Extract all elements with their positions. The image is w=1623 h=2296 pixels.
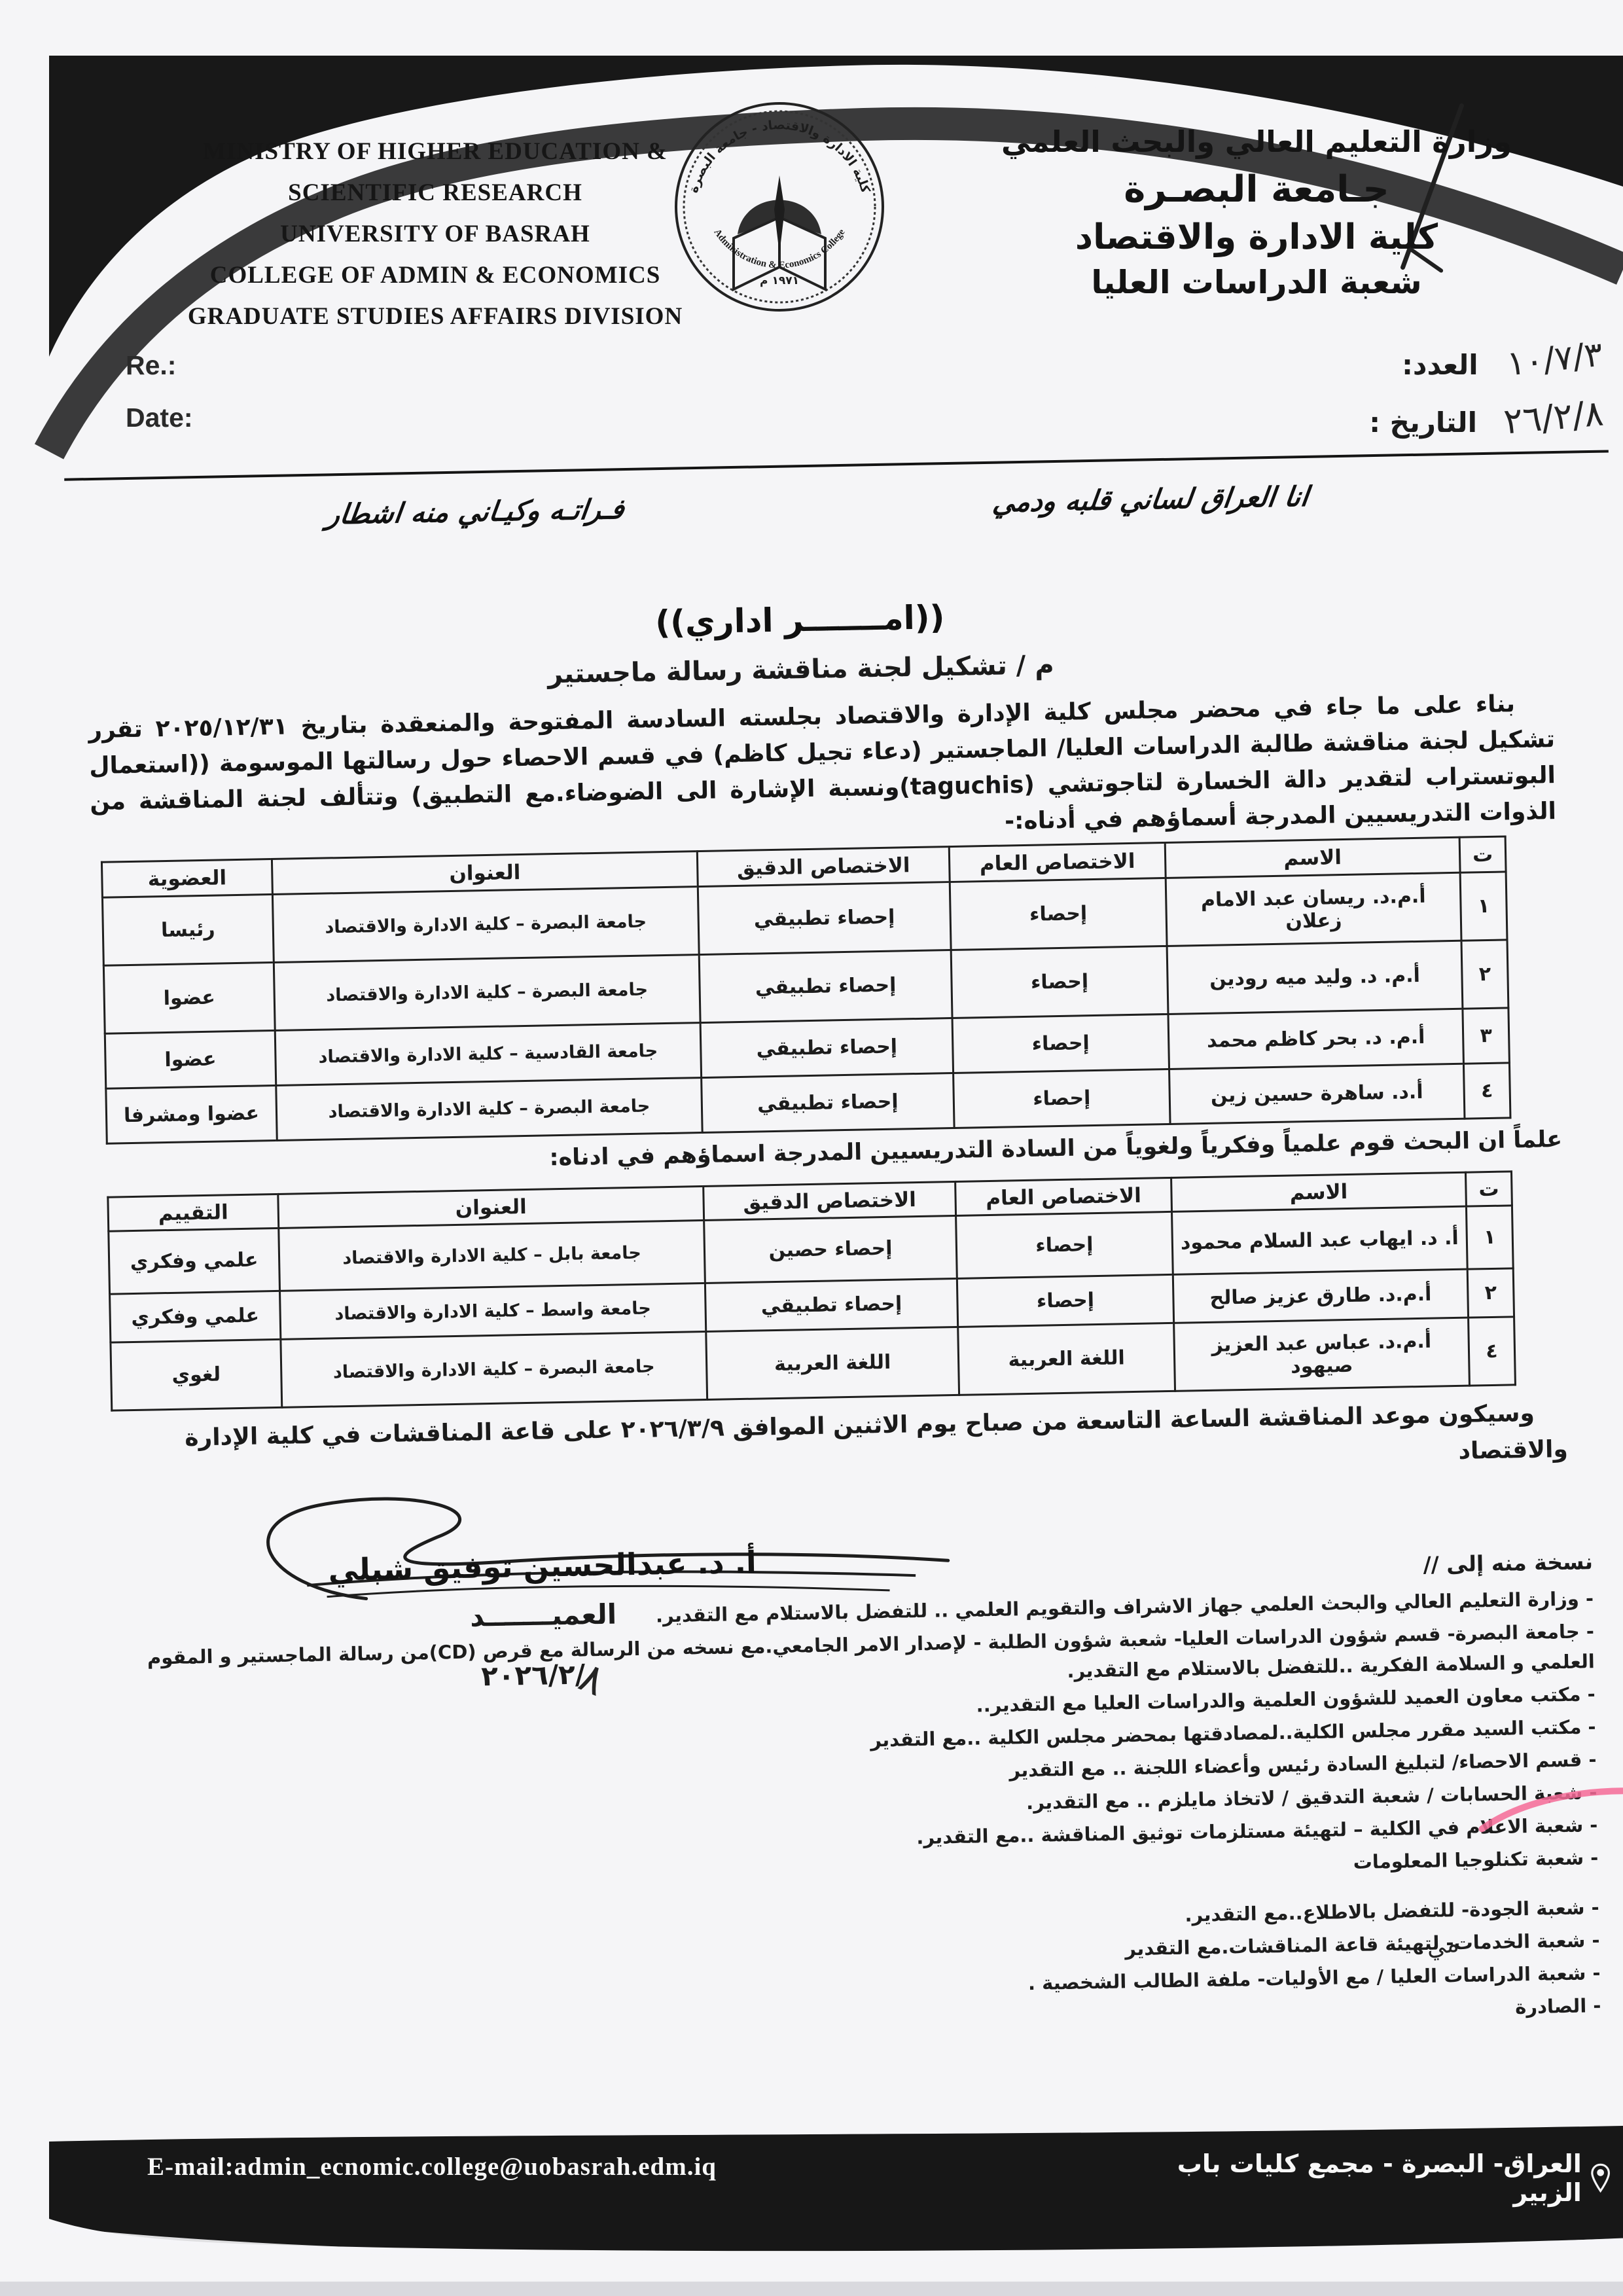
cell-name: أ.م.د. ريسان عبد الامام زعلان xyxy=(1166,872,1461,946)
col-header-name: الاسم xyxy=(1165,837,1460,878)
footer-address: العراق- البصرة - مجمع كليات باب الزبير xyxy=(1113,2149,1582,2207)
committee-table: ت الاسم الاختصاص العام الاختصاص الدقيق ا… xyxy=(101,835,1512,1144)
cell-seq: ١ xyxy=(1466,1206,1513,1269)
cell-address: جامعة القادسية – كلية الادارة والاقتصاد xyxy=(275,1023,701,1086)
cell-general: إحصاء xyxy=(952,1014,1169,1073)
ref-date-row: ٢٦/٢/٨ التاريخ : xyxy=(1211,399,1603,440)
division-arabic-line: شعبة الدراسات العليا xyxy=(916,264,1597,301)
cell-name: أ. د. ايهاب عبد السلام محمود xyxy=(1172,1206,1468,1274)
clerk-initials: مي xyxy=(1425,1930,1461,1962)
re-label: Re.: xyxy=(126,350,176,381)
col-header-specific: الاختصاص الدقيق xyxy=(697,847,950,887)
cell-address: جامعة البصرة – كلية الادارة والاقتصاد xyxy=(272,887,699,963)
document-body: انا العراق لساني قلبه ودمي فـراتـه وكيـا… xyxy=(0,443,1623,2056)
footer-email: E-mail:admin_ecnomic.college@uobasrah.ed… xyxy=(147,2152,717,2181)
cell-membership: رئيسا xyxy=(102,895,274,966)
cell-address: جامعة البصرة – كلية الادارة والاقتصاد xyxy=(276,1078,702,1141)
order-body-paragraph: بناء على ما جاء في محضر مجلس كلية الإدار… xyxy=(88,685,1557,856)
cell-specific: إحصاء تطبيقي xyxy=(698,882,951,955)
cell-name: أ.م. د. بحر كاظم محمد xyxy=(1168,1009,1463,1069)
col-header-seq: ت xyxy=(1465,1172,1512,1206)
letterhead-english: MINISTRY OF HIGHER EDUCATION & SCIENTIFI… xyxy=(177,131,694,337)
cell-name: أ.د. ساهرة حسين زين xyxy=(1169,1064,1465,1124)
cell-specific: إحصاء تطبيقي xyxy=(702,1073,954,1132)
college-seal-logo: كلية الادارة والاقتصاد - جامعة البصرة ١٩… xyxy=(671,98,888,315)
ministry-arabic-line: وزارة التعليم العالي والبحث العلمي xyxy=(916,124,1597,159)
ref-number-label: العدد: xyxy=(1402,349,1478,381)
division-line: GRADUATE STUDIES AFFAIRS DIVISION xyxy=(177,296,694,337)
footer-address-row: العراق- البصرة - مجمع كليات باب الزبير xyxy=(1113,2149,1610,2207)
ministry-line: MINISTRY OF HIGHER EDUCATION & xyxy=(177,131,694,172)
cell-address: جامعة بابل – كلية الادارة والاقتصاد xyxy=(279,1221,705,1291)
cell-name: أ.م. د. وليد ميه رودين xyxy=(1167,941,1463,1014)
university-line: UNIVERSITY OF BASRAH xyxy=(177,213,694,255)
cell-specific: اللغة العربية xyxy=(706,1327,959,1399)
seal-year: ١٩٧١ م xyxy=(760,274,799,287)
cell-seq: ٢ xyxy=(1461,940,1508,1009)
cell-general: إحصاء xyxy=(957,1274,1173,1327)
ref-date-label: التاريخ : xyxy=(1369,406,1477,439)
copies-list: وزارة التعليم العالي والبحث العلمي جهاز … xyxy=(144,1583,1601,2047)
university-arabic-line: جـامعة البصـرة xyxy=(916,168,1597,211)
cell-evaluation: علمي وفكري xyxy=(110,1291,281,1342)
college-arabic-line: كلية الادارة والاقتصاد xyxy=(916,217,1597,257)
cell-specific: إحصاء حصين xyxy=(704,1215,957,1283)
footer-swoosh-graphic xyxy=(0,2119,1623,2296)
cell-seq: ١ xyxy=(1460,872,1507,941)
date-en-label: Date: xyxy=(126,403,193,433)
cell-specific: إحصاء تطبيقي xyxy=(705,1278,957,1331)
cell-address: جامعة واسط – كلية الادارة والاقتصاد xyxy=(280,1283,706,1339)
cell-address: جامعة البصرة – كلية الادارة والاقتصاد xyxy=(274,955,700,1031)
col-header-evaluation: التقييم xyxy=(108,1194,279,1231)
cell-evaluation: علمي وفكري xyxy=(109,1228,280,1294)
cell-general: إحصاء xyxy=(956,1211,1173,1278)
cell-general: إحصاء xyxy=(951,946,1168,1018)
col-header-general: الاختصاص العام xyxy=(955,1177,1172,1215)
college-line: COLLEGE OF ADMIN & ECONOMICS xyxy=(177,255,694,296)
cell-membership: عضوا xyxy=(105,1030,276,1088)
cell-specific: إحصاء تطبيقي xyxy=(700,1018,953,1077)
cell-general: إحصاء xyxy=(950,878,1167,950)
cell-membership: عضوا ومشرفا xyxy=(106,1085,277,1143)
cell-seq: ٤ xyxy=(1463,1063,1510,1119)
cell-evaluation: لغوي xyxy=(111,1339,282,1410)
cell-address: جامعة البصرة – كلية الادارة والاقتصاد xyxy=(281,1331,707,1407)
cell-general: إحصاء xyxy=(954,1069,1170,1128)
motto-right-half: انا العراق لساني قلبه ودمي xyxy=(991,480,1310,518)
ref-date-value: ٢٦/٢/٨ xyxy=(1502,392,1605,442)
scan-edge-strip xyxy=(0,2282,1623,2296)
copies-section: نسخة منه إلى // وزارة التعليم العالي وال… xyxy=(143,1549,1601,2049)
ref-number-row: ١٠/٧/٣ العدد: xyxy=(1211,344,1603,383)
cell-name: أ.م.د. عباس عبد العزيز صيهود xyxy=(1174,1318,1470,1391)
cell-name: أ.م.د. طارق عزيز صالح xyxy=(1173,1269,1468,1323)
cell-specific: إحصاء تطبيقي xyxy=(699,950,952,1023)
scientific-research-line: SCIENTIFIC RESEARCH xyxy=(177,172,694,213)
col-header-general: الاختصاص العام xyxy=(949,842,1166,882)
cell-seq: ٢ xyxy=(1467,1268,1514,1318)
pink-highlight-stroke xyxy=(1476,1775,1623,1837)
cell-general: اللغة العربية xyxy=(958,1323,1175,1395)
motto-verse: انا العراق لساني قلبه ودمي فـراتـه وكيـا… xyxy=(327,480,1309,530)
col-header-specific: الاختصاص الدقيق xyxy=(704,1181,956,1220)
cell-membership: عضوا xyxy=(103,962,275,1033)
col-header-seq: ت xyxy=(1459,836,1506,872)
cell-seq: ٤ xyxy=(1469,1317,1516,1386)
cell-seq: ٣ xyxy=(1463,1008,1510,1064)
evaluators-table: ت الاسم الاختصاص العام الاختصاص الدقيق ا… xyxy=(107,1170,1516,1411)
motto-left-half: فـراتـه وكيـاني منه اشطار xyxy=(325,493,626,530)
letterhead-arabic: وزارة التعليم العالي والبحث العلمي جـامع… xyxy=(916,124,1597,301)
scanned-document-page: MINISTRY OF HIGHER EDUCATION & SCIENTIFI… xyxy=(0,0,1623,2296)
location-pin-icon xyxy=(1591,2163,1610,2193)
col-header-membership: العضوية xyxy=(101,859,272,898)
col-header-name: الاسم xyxy=(1171,1172,1467,1211)
